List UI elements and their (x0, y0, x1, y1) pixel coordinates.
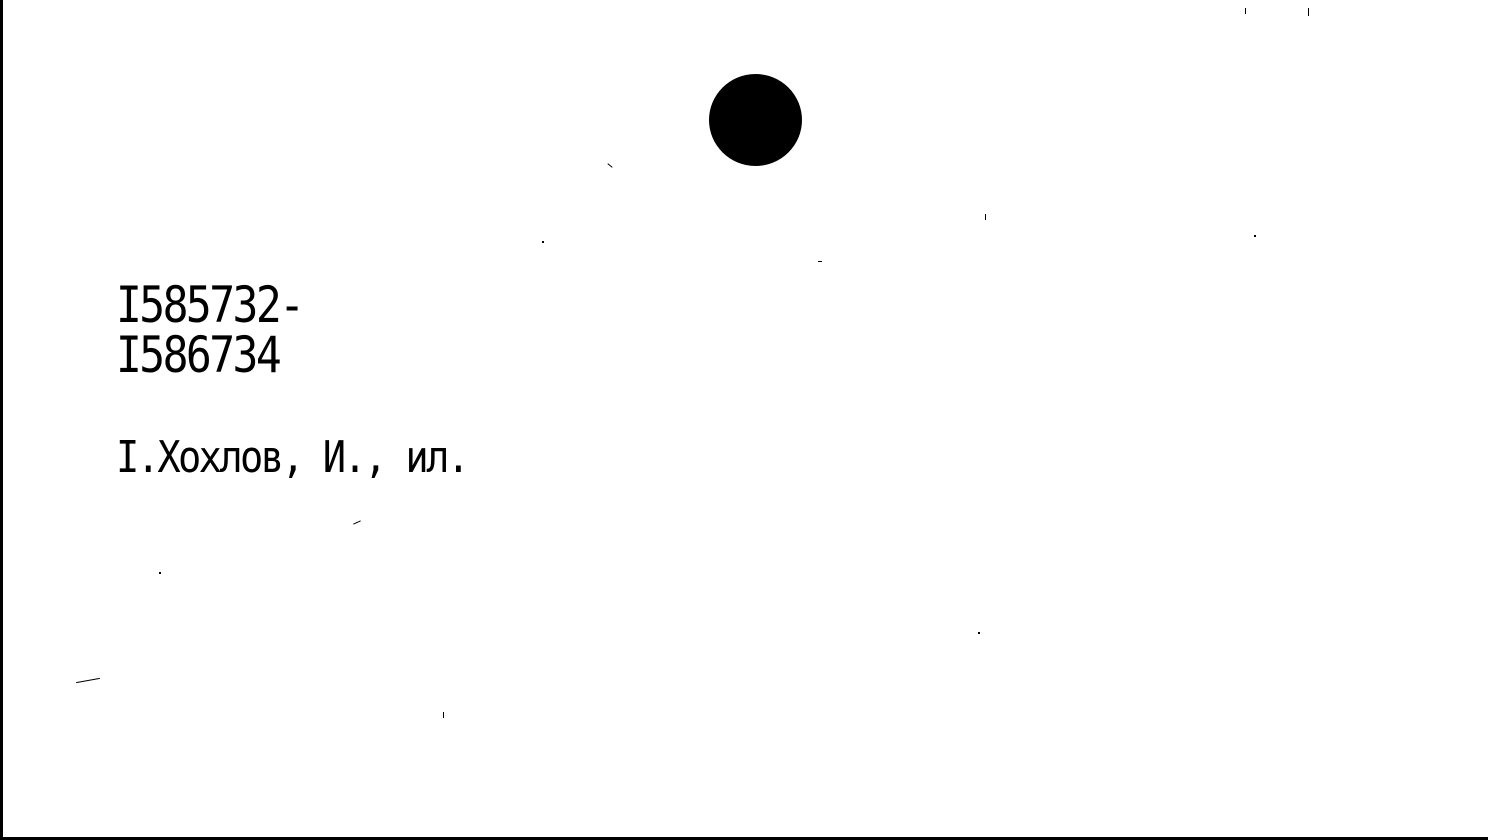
range-start: I585732- (116, 280, 302, 330)
card-left-border (0, 0, 3, 840)
call-number-range: I585732- I586734 (116, 280, 302, 380)
scan-speck (76, 678, 100, 683)
catalog-entry: I.Хохлов, И., ил. (116, 430, 467, 486)
scan-speck (1245, 8, 1246, 14)
punch-hole (709, 74, 802, 166)
scan-speck (818, 261, 822, 262)
scan-speck (542, 241, 544, 243)
scan-speck (985, 214, 986, 220)
catalog-card: I585732- I586734 I.Хохлов, И., ил. (0, 0, 1488, 840)
scan-speck (353, 520, 361, 524)
scan-speck (978, 632, 980, 634)
range-end: I586734 (116, 330, 302, 380)
scan-speck (607, 163, 612, 168)
scan-speck (443, 712, 444, 718)
scan-speck (1254, 235, 1256, 237)
scan-speck (159, 572, 161, 574)
scan-speck (1308, 8, 1309, 16)
